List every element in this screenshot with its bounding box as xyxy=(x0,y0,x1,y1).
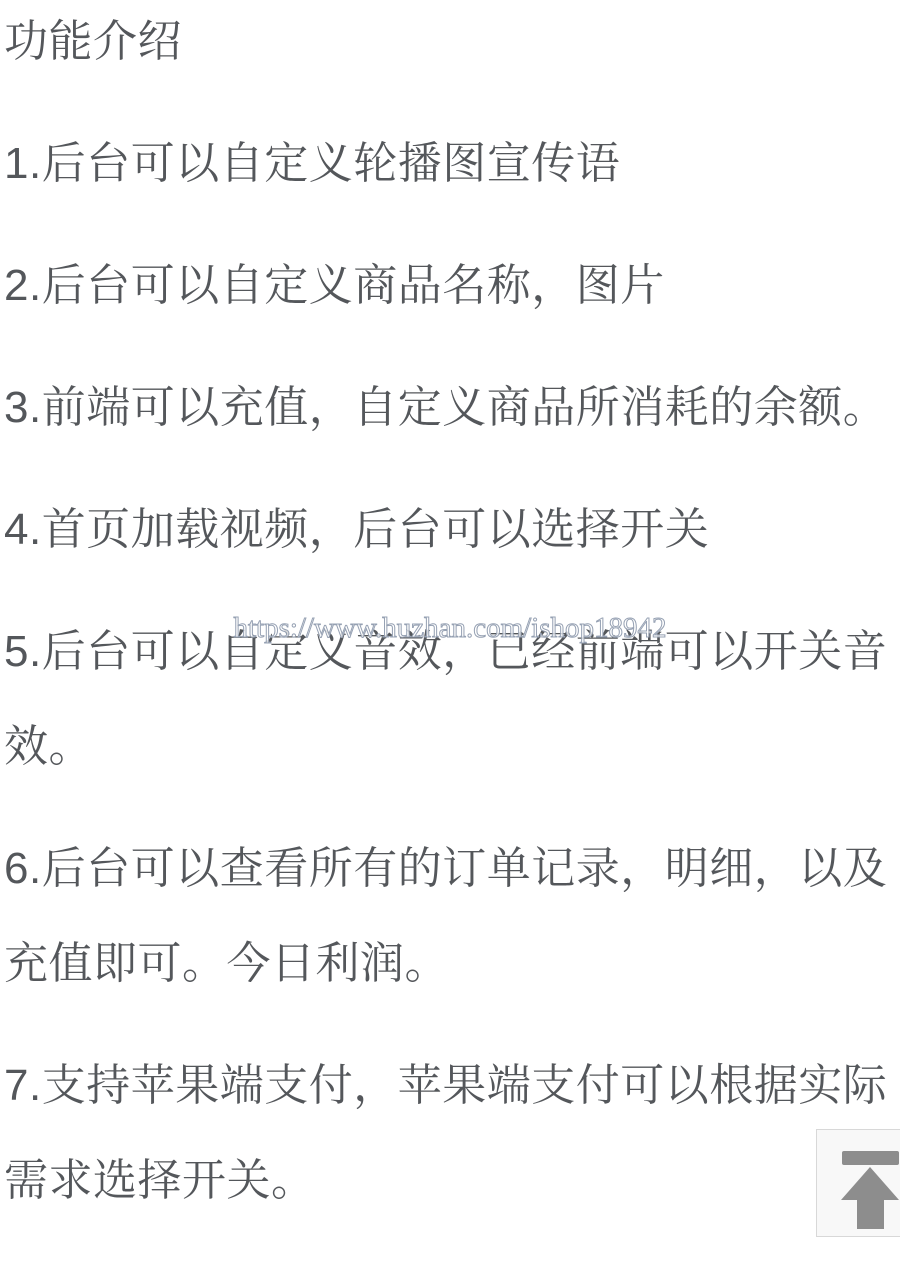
feature-item-1: 1.后台可以自定义轮播图宣传语 xyxy=(4,116,895,211)
feature-item-7: 7.支持苹果端支付，苹果端支付可以根据实际需求选择开关。 xyxy=(4,1038,895,1228)
feature-item-2: 2.后台可以自定义商品名称，图片 xyxy=(4,238,895,333)
page-title: 功能介绍 xyxy=(4,0,895,89)
arrow-stem xyxy=(857,1198,884,1229)
feature-item-4: 4.首页加载视频，后台可以选择开关 xyxy=(4,482,895,577)
feature-item-5: 5.后台可以自定义音效，已经前端可以开关音效。 xyxy=(4,604,895,794)
arrow-top-line xyxy=(842,1151,899,1165)
arrow-head xyxy=(841,1167,899,1200)
feature-description: 功能介绍 1.后台可以自定义轮播图宣传语 2.后台可以自定义商品名称，图片 3.… xyxy=(0,0,900,1228)
arrow-up-to-line-icon xyxy=(817,1130,900,1236)
feature-item-3: 3.前端可以充值，自定义商品所消耗的余额。 xyxy=(4,360,895,455)
back-to-top-button[interactable] xyxy=(816,1129,900,1237)
feature-item-6: 6.后台可以查看所有的订单记录，明细，以及充值即可。今日利润。 xyxy=(4,821,895,1011)
